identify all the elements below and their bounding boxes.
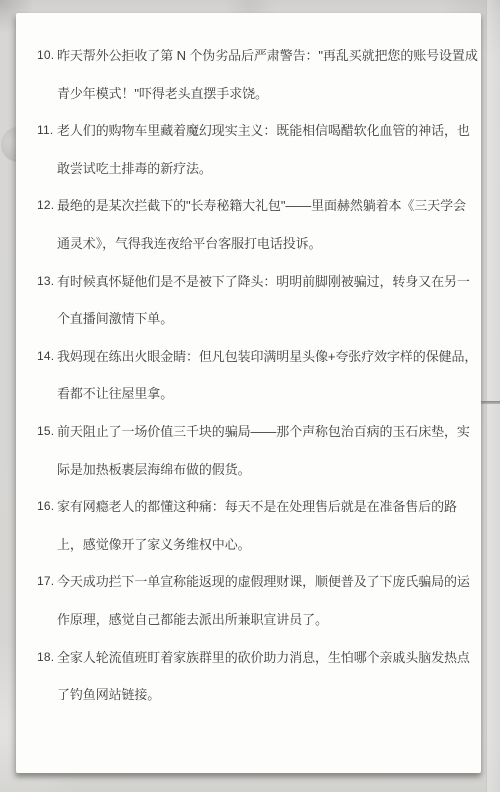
item-number: 13. <box>37 263 54 301</box>
item-text-line: 通灵术》，气得我连夜给平台客服打电话投诉。 <box>57 225 463 263</box>
item-number: 10. <box>37 37 54 75</box>
item-text-line: 看都不让往屋里拿。 <box>57 375 463 413</box>
item-number: 12. <box>37 187 54 225</box>
item-text-line: 了钓鱼网站链接。 <box>57 676 463 714</box>
list-item: 16. 家有网瘾老人的都懂这种痛：每天不是在处理售后就是在准备售后的路上，感觉像… <box>16 488 463 563</box>
list-item: 12. 最绝的是某次拦截下的"长寿秘籍大礼包"——里面赫然躺着本《三天学会通灵术… <box>16 187 463 262</box>
item-number: 17. <box>37 563 54 601</box>
item-lines: 家有网瘾老人的都懂这种痛：每天不是在处理售后就是在准备售后的路上，感觉像开了家义… <box>57 488 463 563</box>
item-text-line: 际是加热板裹层海绵布做的假货。 <box>57 451 463 489</box>
item-number: 16. <box>37 488 54 526</box>
item-lines: 我妈现在练出火眼金睛：但凡包装印满明星头像+夸张疗效字样的保健品，看都不让往屋里… <box>57 338 463 413</box>
item-text-line: 个直播间激情下单。 <box>57 300 463 338</box>
list-item: 10. 昨天帮外公拒收了第 N 个伪劣品后严肃警告："再乱买就把您的账号设置成青… <box>16 37 463 112</box>
document-page: 10. 昨天帮外公拒收了第 N 个伪劣品后严肃警告："再乱买就把您的账号设置成青… <box>16 13 481 773</box>
item-lines: 今天成功拦下一单宣称能返现的虚假理财课，顺便普及了下庞氏骗局的运作原理，感觉自己… <box>57 563 463 638</box>
item-text-line: 家有网瘾老人的都懂这种痛：每天不是在处理售后就是在准备售后的路 <box>57 488 463 526</box>
item-text-line: 最绝的是某次拦截下的"长寿秘籍大礼包"——里面赫然躺着本《三天学会 <box>57 187 463 225</box>
list-item: 11. 老人们的购物车里藏着魔幻现实主义：既能相信喝醋软化血管的神话，也敢尝试吃… <box>16 112 463 187</box>
item-lines: 老人们的购物车里藏着魔幻现实主义：既能相信喝醋软化血管的神话，也敢尝试吃土排毒的… <box>57 112 463 187</box>
item-text-line: 上，感觉像开了家义务维权中心。 <box>57 526 463 564</box>
item-text-line: 敢尝试吃土排毒的新疗法。 <box>57 150 463 188</box>
screenshot-stage: 10. 昨天帮外公拒收了第 N 个伪劣品后严肃警告："再乱买就把您的账号设置成青… <box>0 0 500 792</box>
background-edge-strip <box>486 0 500 792</box>
story-list: 10. 昨天帮外公拒收了第 N 个伪劣品后严肃警告："再乱买就把您的账号设置成青… <box>16 37 463 714</box>
item-lines: 全家人轮流值班盯着家族群里的砍价助力消息，生怕哪个亲戚头脑发热点了钓鱼网站链接。 <box>57 639 463 714</box>
item-text-line: 今天成功拦下一单宣称能返现的虚假理财课，顺便普及了下庞氏骗局的运 <box>57 563 463 601</box>
item-text-line: 我妈现在练出火眼金睛：但凡包装印满明星头像+夸张疗效字样的保健品， <box>57 338 463 376</box>
item-text-line: 有时候真怀疑他们是不是被下了降头：明明前脚刚被骗过，转身又在另一 <box>57 263 463 301</box>
list-item: 15. 前天阻止了一场价值三千块的骗局——那个声称包治百病的玉石床垫，实际是加热… <box>16 413 463 488</box>
item-text-line: 全家人轮流值班盯着家族群里的砍价助力消息，生怕哪个亲戚头脑发热点 <box>57 639 463 677</box>
item-text-line: 昨天帮外公拒收了第 N 个伪劣品后严肃警告："再乱买就把您的账号设置成 <box>57 37 463 75</box>
item-text-line: 作原理，感觉自己都能去派出所兼职宣讲员了。 <box>57 601 463 639</box>
item-text-line: 青少年模式！"吓得老头直摆手求饶。 <box>57 75 463 113</box>
item-lines: 前天阻止了一场价值三千块的骗局——那个声称包治百病的玉石床垫，实际是加热板裹层海… <box>57 413 463 488</box>
item-lines: 有时候真怀疑他们是不是被下了降头：明明前脚刚被骗过，转身又在另一个直播间激情下单… <box>57 263 463 338</box>
list-item: 17. 今天成功拦下一单宣称能返现的虚假理财课，顺便普及了下庞氏骗局的运作原理，… <box>16 563 463 638</box>
background-seam-line <box>478 401 500 404</box>
list-item: 18. 全家人轮流值班盯着家族群里的砍价助力消息，生怕哪个亲戚头脑发热点了钓鱼网… <box>16 639 463 714</box>
item-text-line: 老人们的购物车里藏着魔幻现实主义：既能相信喝醋软化血管的神话，也 <box>57 112 463 150</box>
item-text-line: 前天阻止了一场价值三千块的骗局——那个声称包治百病的玉石床垫，实 <box>57 413 463 451</box>
item-number: 11. <box>37 112 53 150</box>
page-content: 10. 昨天帮外公拒收了第 N 个伪劣品后严肃警告："再乱买就把您的账号设置成青… <box>16 13 481 714</box>
item-number: 18. <box>37 639 54 677</box>
item-number: 15. <box>37 413 54 451</box>
item-lines: 最绝的是某次拦截下的"长寿秘籍大礼包"——里面赫然躺着本《三天学会通灵术》，气得… <box>57 187 463 262</box>
item-number: 14. <box>37 338 54 376</box>
item-lines: 昨天帮外公拒收了第 N 个伪劣品后严肃警告："再乱买就把您的账号设置成青少年模式… <box>57 37 463 112</box>
list-item: 13. 有时候真怀疑他们是不是被下了降头：明明前脚刚被骗过，转身又在另一个直播间… <box>16 263 463 338</box>
list-item: 14. 我妈现在练出火眼金睛：但凡包装印满明星头像+夸张疗效字样的保健品，看都不… <box>16 338 463 413</box>
